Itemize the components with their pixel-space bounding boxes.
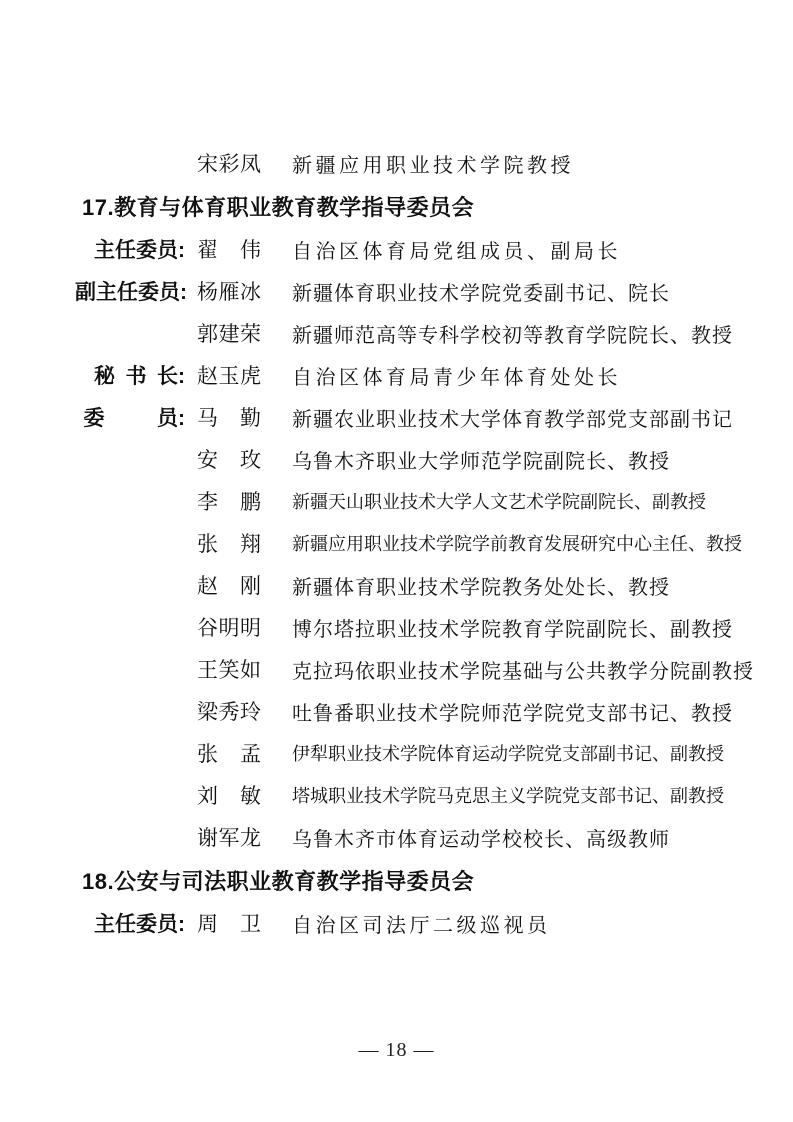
section-heading: 18.公安与司法职业教育教学指导委员会	[0, 858, 793, 902]
member-position: 新疆师范高等专科学校初等教育学院院长、教授	[292, 319, 733, 348]
member-position: 乌鲁木齐职业大学师范学院副院长、教授	[292, 445, 670, 474]
member-row: 赵刚新疆体育职业技术学院教务处处长、教授	[0, 564, 793, 606]
member-role-label: 主任委员:	[75, 234, 185, 264]
page-footer: — 18 —	[0, 1036, 793, 1064]
member-name: 郭建荣	[197, 318, 261, 348]
member-role-label: 秘 书 长:	[75, 360, 185, 390]
member-position: 伊犁职业技术学院体育运动学院党支部副书记、副教授	[292, 740, 724, 766]
member-row: 主任委员:周卫自治区司法厅二级巡视员	[0, 902, 793, 944]
member-name: 张翔	[197, 528, 261, 558]
member-position: 新疆农业职业技术大学体育教学部党支部副书记	[292, 403, 733, 432]
member-row: 谢军龙乌鲁木齐市体育运动学校校长、高级教师	[0, 816, 793, 858]
member-name: 王笑如	[197, 654, 261, 684]
member-position: 博尔塔拉职业技术学院教育学院副院长、副教授	[292, 613, 733, 642]
member-role-label: 主任委员:	[75, 908, 185, 938]
member-position: 新疆应用职业技术学院学前教育发展研究中心主任、教授	[292, 530, 742, 556]
member-name: 张孟	[197, 738, 261, 768]
member-row: 宋彩凤新疆应用职业技术学院教授	[0, 142, 793, 184]
member-row: 主任委员:翟伟自治区体育局党组成员、副局长	[0, 228, 793, 270]
member-position: 新疆应用职业技术学院教授	[292, 149, 574, 178]
member-row: 王笑如克拉玛依职业技术学院基础与公共教学分院副教授	[0, 648, 793, 690]
member-row: 张翔新疆应用职业技术学院学前教育发展研究中心主任、教授	[0, 522, 793, 564]
member-role-label: 副主任委员:	[75, 276, 185, 306]
member-name: 刘敏	[197, 780, 261, 810]
page-number: — 18 —	[359, 1039, 435, 1061]
member-position: 新疆体育职业技术学院教务处处长、教授	[292, 571, 670, 600]
member-row: 委 员:马勤新疆农业职业技术大学体育教学部党支部副书记	[0, 396, 793, 438]
member-name: 赵玉虎	[197, 360, 261, 390]
member-row: 郭建荣新疆师范高等专科学校初等教育学院院长、教授	[0, 312, 793, 354]
member-row: 梁秀玲吐鲁番职业技术学院师范学院党支部书记、教授	[0, 690, 793, 732]
member-role-label: 委 员:	[75, 402, 185, 432]
member-row: 安玫乌鲁木齐职业大学师范学院副院长、教授	[0, 438, 793, 480]
document-page: 宋彩凤新疆应用职业技术学院教授17.教育与体育职业教育教学指导委员会主任委员:翟…	[0, 0, 793, 1122]
member-name: 宋彩凤	[197, 148, 261, 178]
member-row: 秘 书 长:赵玉虎自治区体育局青少年体育处处长	[0, 354, 793, 396]
member-position: 乌鲁木齐市体育运动学校校长、高级教师	[292, 823, 670, 852]
member-position: 塔城职业技术学院马克思主义学院党支部书记、副教授	[292, 782, 724, 808]
member-row: 刘敏塔城职业技术学院马克思主义学院党支部书记、副教授	[0, 774, 793, 816]
document-content: 宋彩凤新疆应用职业技术学院教授17.教育与体育职业教育教学指导委员会主任委员:翟…	[0, 0, 793, 944]
member-row: 李鹏新疆天山职业技术大学人文艺术学院副院长、副教授	[0, 480, 793, 522]
member-position: 克拉玛依职业技术学院基础与公共教学分院副教授	[292, 655, 754, 684]
member-name: 谷明明	[197, 612, 261, 642]
member-position: 自治区体育局党组成员、副局长	[292, 235, 621, 264]
member-row: 副主任委员:杨雁冰新疆体育职业技术学院党委副书记、院长	[0, 270, 793, 312]
member-name: 梁秀玲	[197, 696, 261, 726]
member-position: 自治区司法厅二级巡视员	[292, 909, 551, 938]
section-heading: 17.教育与体育职业教育教学指导委员会	[0, 184, 793, 228]
member-name: 谢军龙	[197, 822, 261, 852]
member-name: 李鹏	[197, 486, 261, 516]
member-name: 杨雁冰	[197, 276, 261, 306]
member-position: 自治区体育局青少年体育处处长	[292, 361, 621, 390]
member-name: 马勤	[197, 402, 261, 432]
member-row: 张孟伊犁职业技术学院体育运动学院党支部副书记、副教授	[0, 732, 793, 774]
member-position: 新疆天山职业技术大学人文艺术学院副院长、副教授	[292, 488, 706, 514]
member-name: 周卫	[197, 908, 261, 938]
member-position: 吐鲁番职业技术学院师范学院党支部书记、教授	[292, 697, 733, 726]
member-row: 谷明明博尔塔拉职业技术学院教育学院副院长、副教授	[0, 606, 793, 648]
member-name: 安玫	[197, 444, 261, 474]
member-name: 赵刚	[197, 570, 261, 600]
member-position: 新疆体育职业技术学院党委副书记、院长	[292, 277, 670, 306]
member-name: 翟伟	[197, 234, 261, 264]
